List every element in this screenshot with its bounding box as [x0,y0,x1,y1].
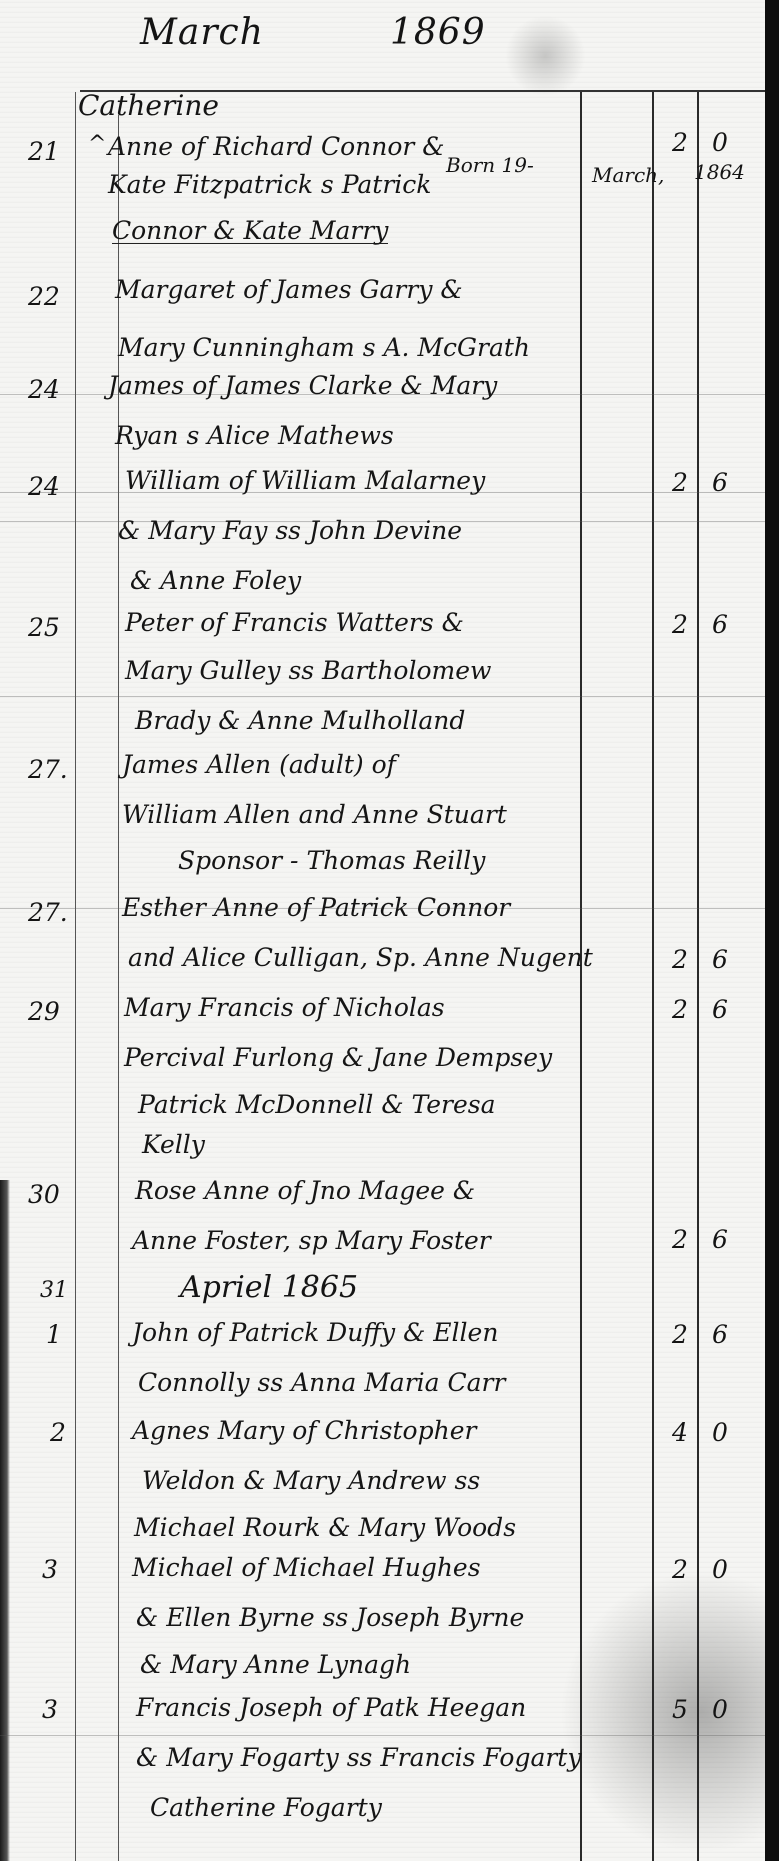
birth-annotation: Born 19- [446,153,534,177]
entry-day: 24 [28,472,60,501]
entry-day: 22 [28,282,60,311]
header-month: March [140,12,264,53]
entry-line: James Allen (adult) of [122,752,396,777]
column-rule-margin [75,92,76,1861]
column-rule-entry [580,92,582,1861]
entry-line: Esther Anne of Patrick Connor [122,895,510,920]
page-header: March 1869 [140,12,264,53]
fee-pence: 6 [712,610,728,639]
entry-line: Catherine Fogarty [150,1795,382,1820]
fee-pence: 0 [712,1695,728,1724]
entry-line: William of William Malarney [125,468,485,493]
entry-line: William Allen and Anne Stuart [122,802,507,827]
entry-line: Margaret of James Garry & [115,277,463,302]
fee-pence: 6 [712,995,728,1024]
entry-line: Michael of Michael Hughes [132,1555,481,1580]
entry-day: 27. [28,898,68,927]
entry-line: James of James Clarke & Mary [108,373,497,398]
entry-day: 1 [46,1320,62,1349]
entry-line: Mary Cunningham s A. McGrath [118,335,530,360]
month-subheader: Apriel 1865 [180,1270,358,1305]
entry-line-text: Anne of Richard Connor & [108,132,445,161]
page-edge-shadow-left [0,1180,10,1861]
entry-line: Brady & Anne Mulholland [135,708,465,733]
entry-line: Ryan s Alice Mathews [115,423,394,448]
column-rule-shillings [652,92,654,1861]
entry-line: Francis Joseph of Patk Heegan [136,1695,526,1720]
fee-pence: 6 [712,468,728,497]
fee-shillings: 2 [672,128,688,157]
register-page: March 1869 21 ^ Catherine Anne of Richar… [0,0,779,1861]
ruled-line [0,1735,765,1736]
entry-line: Anne of Richard Connor & [108,134,445,159]
fee-shillings: 2 [672,468,688,497]
entry-line: Connor & Kate Marry [112,218,388,244]
entry-line: Rose Anne of Jno Magee & [135,1178,475,1203]
entry-day: 3 [42,1695,58,1724]
entry-line: Peter of Francis Watters & [125,610,464,635]
entry-line: & Anne Foley [130,568,301,593]
entry-day: 3 [42,1555,58,1584]
entry-line: Patrick McDonnell & Teresa [138,1092,496,1117]
entry-day: 25 [28,613,60,642]
fee-pence: 0 [712,1418,728,1447]
fee-shillings: 4 [672,1418,688,1447]
entry-line: & Ellen Byrne ss Joseph Byrne [136,1605,524,1630]
fee-shillings: 2 [672,610,688,639]
entry-day: 30 [28,1180,60,1209]
birth-annotation: March, [592,163,664,187]
fee-shillings: 5 [672,1695,688,1724]
entry-line: Kelly [142,1132,205,1157]
entry-day: 27. [28,755,68,784]
fee-shillings: 2 [672,1320,688,1349]
entry-line: Percival Furlong & Jane Dempsey [124,1045,552,1070]
fee-shillings: 2 [672,995,688,1024]
entry-line: & Mary Anne Lynagh [140,1652,411,1677]
fee-shillings: 2 [672,1225,688,1254]
entry-line: Agnes Mary of Christopher [132,1418,476,1443]
entry-day: 29 [28,997,60,1026]
ruled-line [0,696,765,697]
fee-shillings: 2 [672,1555,688,1584]
entry-day: 24 [28,375,60,404]
fee-pence: 0 [712,128,728,157]
entry-line: Anne Foster, sp Mary Foster [132,1228,491,1253]
fee-pence: 6 [712,1225,728,1254]
entry-line: Catherine [78,92,219,120]
entry-line: Sponsor - Thomas Reilly [178,848,485,873]
entry-day: 21 [28,137,60,166]
column-rule-pence [697,92,699,1861]
entry-line: John of Patrick Duffy & Ellen [132,1320,498,1345]
margin-mark: 31 [40,1278,68,1303]
page-edge-shadow [765,0,779,1861]
header-year: 1869 [390,12,486,53]
fee-pence: 0 [712,1555,728,1584]
entry-line: Mary Francis of Nicholas [124,995,445,1020]
entry-line: & Mary Fogarty ss Francis Fogarty [136,1745,581,1770]
entry-line: Connolly ss Anna Maria Carr [138,1370,505,1395]
entry-line: & Mary Fay ss John Devine [118,518,462,543]
entry-line: and Alice Culligan, Sp. Anne Nugent [128,945,593,970]
insertion-caret-icon: ^ [88,132,106,157]
entry-line: Kate Fitzpatrick s Patrick [108,172,431,197]
fee-pence: 6 [712,945,728,974]
entry-line: Mary Gulley ss Bartholomew [125,658,491,683]
entry-day: 2 [50,1418,66,1447]
fee-shillings: 2 [672,945,688,974]
entry-line: Weldon & Mary Andrew ss [142,1468,480,1493]
fee-pence: 6 [712,1320,728,1349]
birth-annotation: 1864 [694,160,745,184]
entry-line: Michael Rourk & Mary Woods [134,1515,516,1540]
